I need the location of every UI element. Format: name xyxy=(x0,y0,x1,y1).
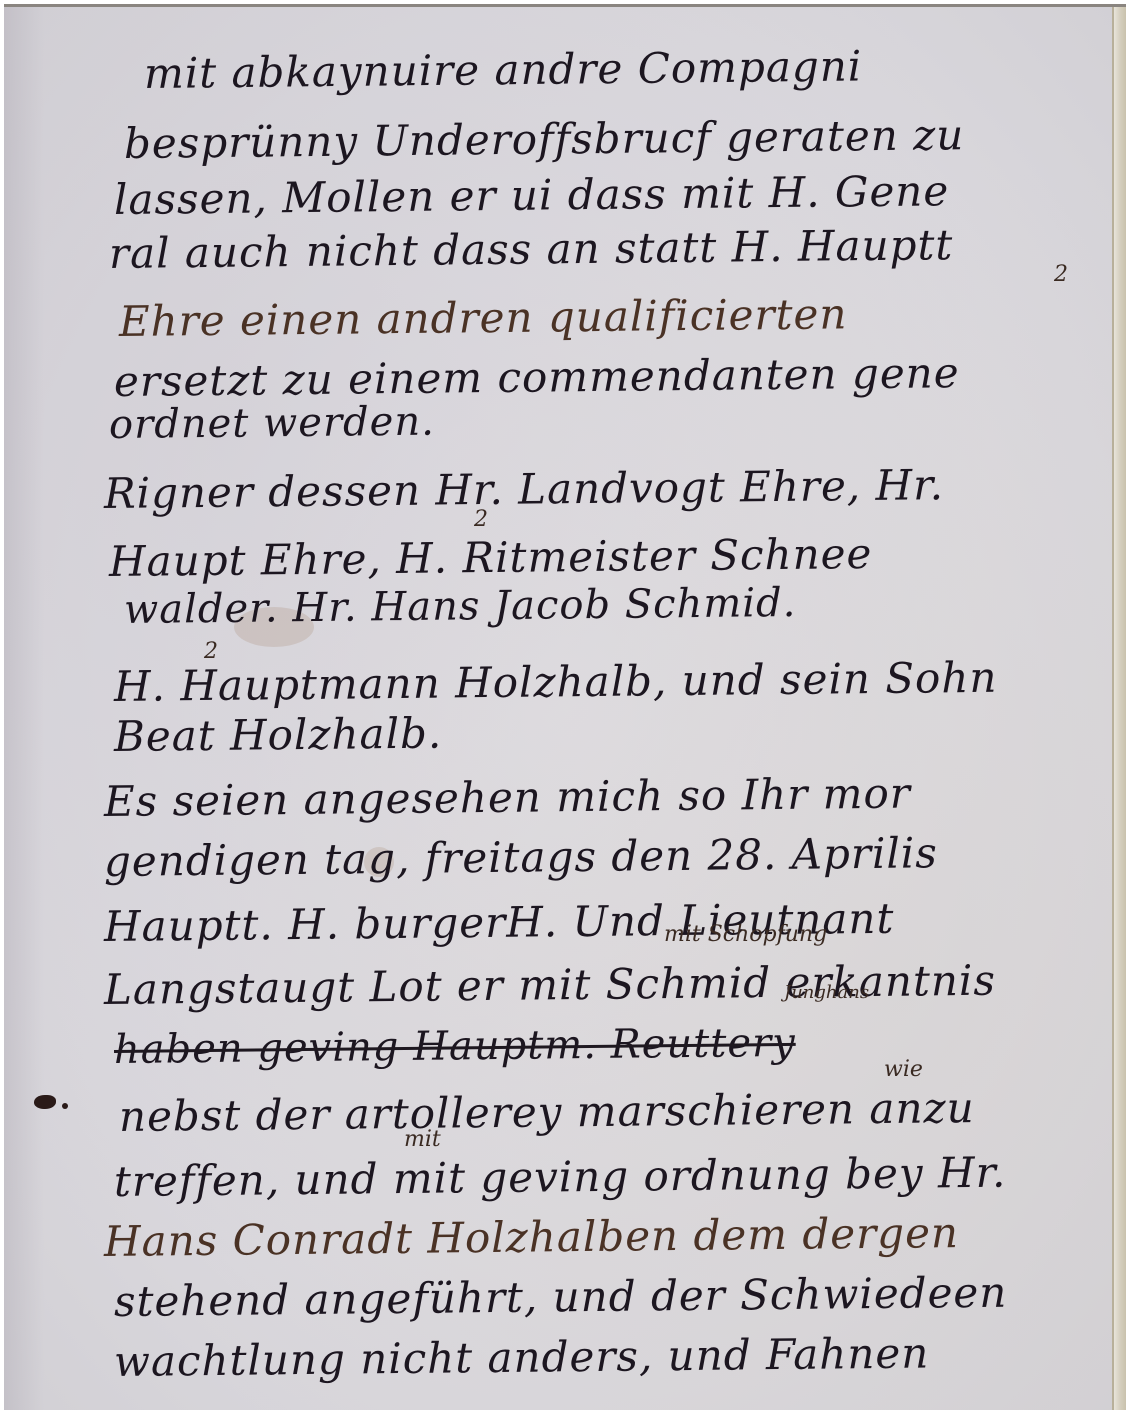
manuscript-line-18: nebst der artollerey marschieren anzu xyxy=(119,1083,975,1141)
manuscript-line-2: besprünny Underoffsbrucf geraten zu xyxy=(124,110,965,168)
interlinear-insertion: 2 xyxy=(474,507,488,532)
manuscript-line-22: wachtlung nicht anders, und Fahnen xyxy=(114,1328,930,1386)
page-shadow xyxy=(4,7,44,1410)
manuscript-line-13: Es seien angesehen mich so Ihr mor xyxy=(104,769,911,826)
manuscript-line-1: mit abkaynuire andre Compagni xyxy=(144,41,863,98)
manuscript-line-4: ral auch nicht dass an statt H. Hauptt xyxy=(109,220,954,278)
interlinear-insertion: mit Schopfung xyxy=(664,922,827,947)
manuscript-line-14: gendigen tag, freitags den 28. Aprilis xyxy=(104,828,938,886)
manuscript-line-3: lassen, Mollen er ui dass mit H. Gene xyxy=(114,166,950,224)
manuscript-line-19: treffen, und mit geving ordnung bey Hr. xyxy=(114,1148,1007,1206)
manuscript-line-6: ersetzt zu einem commendanten gene xyxy=(114,348,960,406)
manuscript-line-20: Hans Conradt Holzhalben dem dergen xyxy=(104,1208,959,1266)
manuscript-line-17: haben geving Hauptm. Reuttery xyxy=(114,1020,796,1073)
interlinear-insertion: 2 xyxy=(204,639,218,664)
interlinear-insertion: mit xyxy=(404,1127,441,1152)
interlinear-insertion: wie xyxy=(884,1057,923,1082)
interlinear-insertion: Junghans xyxy=(784,982,869,1003)
margin-ink-blot xyxy=(34,1095,56,1109)
manuscript-line-11: H. Hauptmann Holzhalb, und sein Sohn xyxy=(114,653,998,711)
interlinear-insertion: 2 xyxy=(1054,262,1068,287)
manuscript-line-8: Rigner dessen Hr. Landvogt Ehre, Hr. xyxy=(104,460,944,518)
manuscript-line-12: Beat Holzhalb. xyxy=(114,709,443,761)
margin-ink-dot xyxy=(62,1103,68,1109)
manuscript-line-9: Haupt Ehre, H. Ritmeister Schnee xyxy=(109,529,873,586)
manuscript-line-10: walder. Hr. Hans Jacob Schmid. xyxy=(124,580,797,633)
manuscript-page: mit abkaynuire andre Compagni besprünny … xyxy=(4,4,1126,1410)
manuscript-line-7: ordnet werden. xyxy=(109,399,435,448)
manuscript-line-5: Ehre einen andren qualificierten xyxy=(119,289,848,346)
manuscript-line-21: stehend angeführt, und der Schwiedeen xyxy=(114,1268,1008,1326)
